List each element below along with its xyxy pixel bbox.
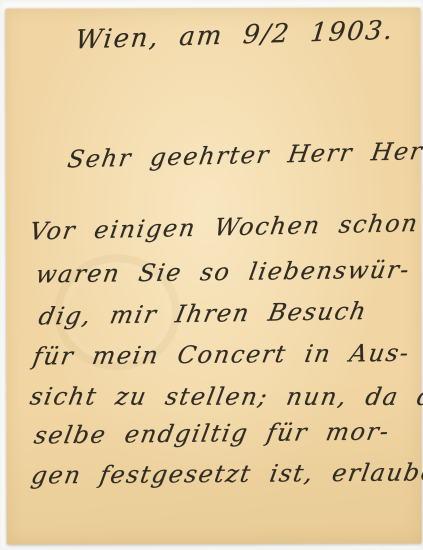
letter-paper: Wien, am 9/2 1903. Sehr geehrter Herr He… (5, 7, 421, 544)
body-line-2: waren Sie so liebenswür- (34, 256, 413, 289)
letter-photo: Wien, am 9/2 1903. Sehr geehrter Herr He… (0, 0, 423, 550)
date-line: Wien, am 9/2 1903. (74, 16, 396, 56)
body-line-6: selbe endgiltig für mor- (32, 417, 392, 449)
body-line-5: sicht zu stellen; nun, da das- (28, 382, 423, 410)
salutation-line: Sehr geehrter Herr Herr! (66, 136, 423, 173)
body-line-1: Vor einigen Wochen schon (28, 209, 421, 246)
body-line-3: dig, mir Ihren Besuch (36, 297, 369, 331)
body-line-7: gen festgesetzt ist, erlaube (29, 458, 423, 489)
body-line-4: für mein Concert in Aus- (31, 339, 412, 371)
